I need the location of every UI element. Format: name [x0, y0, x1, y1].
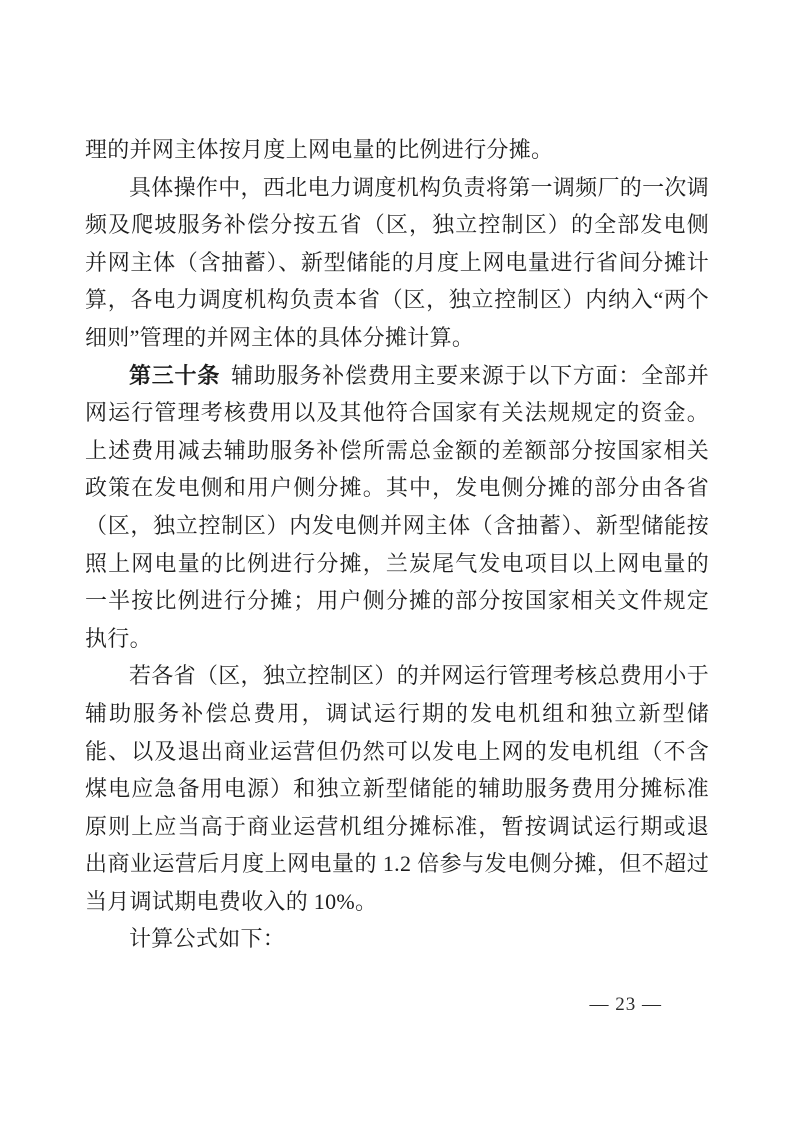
article-number-label: 第三十条	[129, 363, 220, 388]
document-body: 理的并网主体按月度上网电量的比例进行分摊。 具体操作中，西北电力调度机构负责将第…	[85, 131, 709, 958]
paragraph: 具体操作中，西北电力调度机构负责将第一调频厂的一次调频及爬坡服务补偿分按五省（区…	[85, 169, 709, 357]
paragraph-text: 辅助服务补偿费用主要来源于以下方面：全部并网运行管理考核费用以及其他符合国家有关…	[85, 363, 709, 651]
paragraph-continuation: 理的并网主体按月度上网电量的比例进行分摊。	[85, 131, 709, 169]
paragraph: 若各省（区，独立控制区）的并网运行管理考核总费用小于辅助服务补偿总费用，调试运行…	[85, 657, 709, 920]
document-page: 理的并网主体按月度上网电量的比例进行分摊。 具体操作中，西北电力调度机构负责将第…	[0, 0, 794, 1123]
paragraph-article-30: 第三十条辅助服务补偿费用主要来源于以下方面：全部并网运行管理考核费用以及其他符合…	[85, 357, 709, 658]
page-number: — 23 —	[590, 995, 663, 1015]
paragraph-formula-intro: 计算公式如下：	[85, 920, 709, 958]
